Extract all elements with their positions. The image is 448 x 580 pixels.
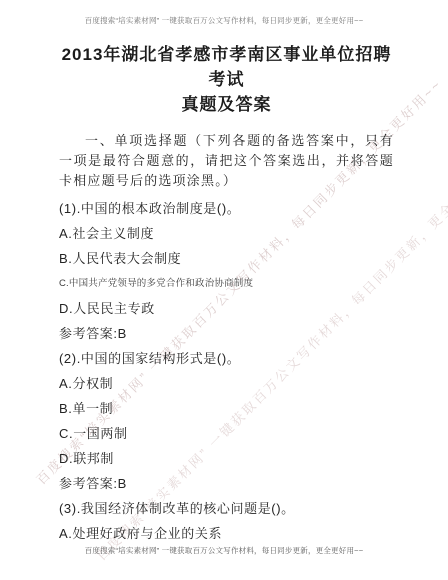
answer-line: 参考答案:B [59,476,394,491]
document-content: 2013年湖北省孝感市孝南区事业单位招聘考试真题及答案 一、单项选择题（下列各题… [59,42,394,551]
question-stem: (1).中国的根本政治制度是()。 [59,201,394,216]
question-option: C.一国两制 [59,426,394,441]
answer-line: 参考答案:B [59,326,394,341]
header-promo-text: 百度搜索“培实素材网” 一键获取百万公文写作材料，每日同步更新，更全更好用~~ [0,15,448,26]
page-title: 2013年湖北省孝感市孝南区事业单位招聘考试真题及答案 [59,42,394,117]
question-option: C.中国共产党领导的多党合作和政治协商制度 [59,276,394,291]
section-intro: 一、单项选择题（下列各题的备选答案中，只有一项是最符合题意的，请把这个答案选出，… [59,131,394,191]
question-option: B.单一制 [59,401,394,416]
question-option: B.人民代表大会制度 [59,251,394,266]
question-stem: (2).中国的国家结构形式是()。 [59,351,394,366]
questions-list: (1).中国的根本政治制度是()。A.社会主义制度B.人民代表大会制度C.中国共… [59,201,394,541]
document-page: 百度搜索“培实素材网” 一键获取百万公文写作材料，每日同步更新，更全更好用~~ … [0,0,448,580]
question-option: A.处理好政府与企业的关系 [59,526,394,541]
page-title-line1: 2013年湖北省孝感市孝南区事业单位招聘考试 [62,45,392,89]
question-option: A.分权制 [59,376,394,391]
question-option: A.社会主义制度 [59,226,394,241]
question-stem: (3).我国经济体制改革的核心问题是()。 [59,501,394,516]
question-option: D.人民民主专政 [59,301,394,316]
page-title-line2: 真题及答案 [182,95,272,114]
question-option: D.联邦制 [59,451,394,466]
